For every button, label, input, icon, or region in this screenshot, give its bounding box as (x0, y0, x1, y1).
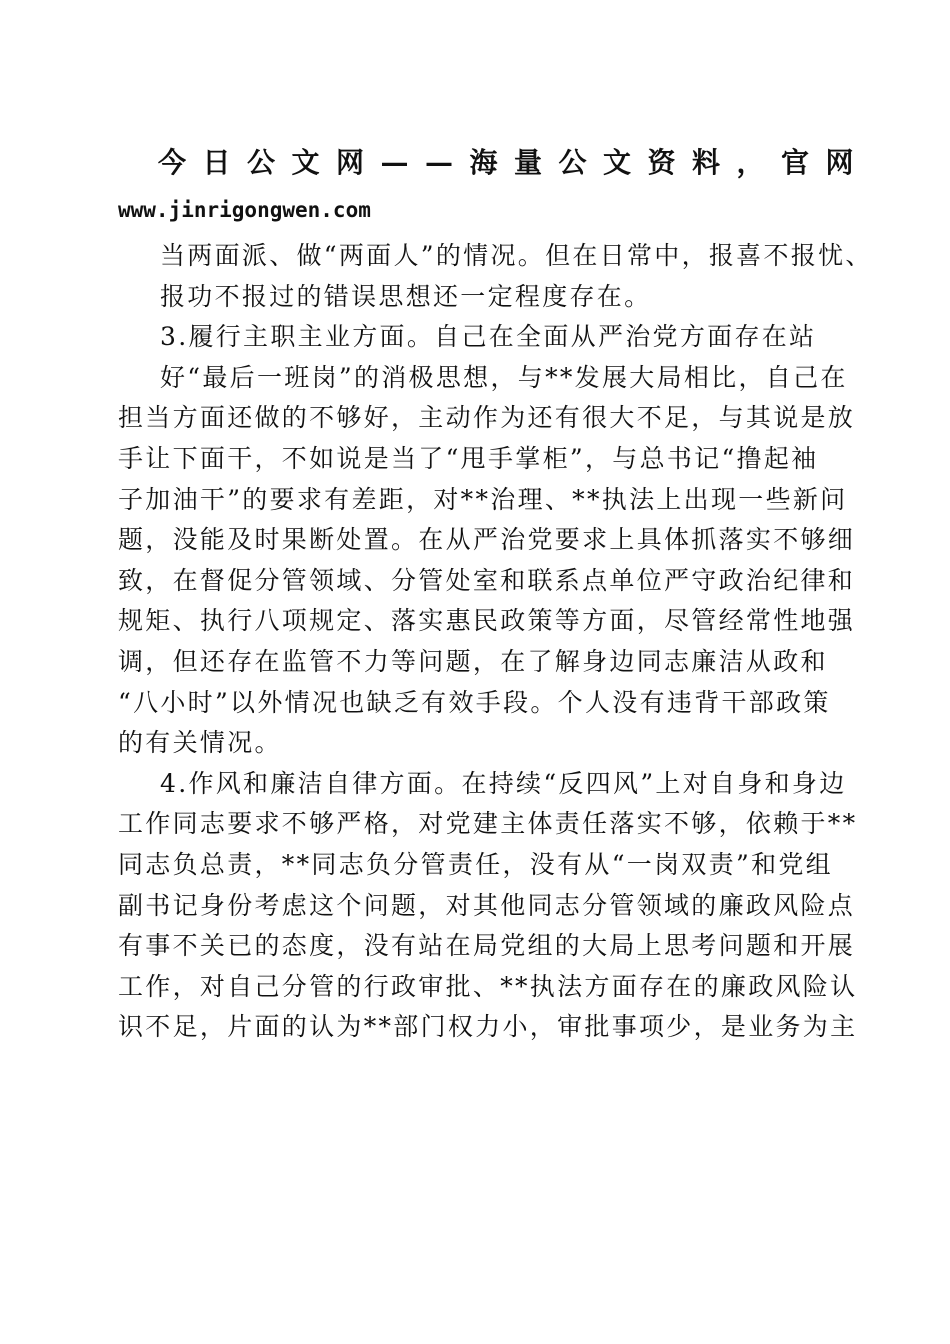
paragraph-line: 子加油干”的要求有差距，对**治理、**执法上出现一些新问 (118, 480, 838, 521)
paragraph-line: 调，但还存在监管不力等问题，在了解身边同志廉洁从政和 (118, 642, 838, 683)
site-url: www.jinrigongwen.com (118, 196, 371, 224)
paragraph-line: 当两面派、做“两面人”的情况。但在日常中，报喜不报忧、 (118, 236, 838, 277)
body-text: 当两面派、做“两面人”的情况。但在日常中，报喜不报忧、 报功不报过的错误思想还一… (118, 236, 838, 1048)
paragraph-line: 好“最后一班岗”的消极思想，与**发展大局相比，自己在 (118, 358, 838, 399)
paragraph-line: 规矩、执行八项规定、落实惠民政策等方面，尽管经常性地强 (118, 601, 838, 642)
paragraph-line: 担当方面还做的不够好，主动作为还有很大不足，与其说是放 (118, 398, 838, 439)
paragraph-line: 同志负总责，**同志负分管责任，没有从“一岗双责”和党组 (118, 845, 838, 886)
section-heading-line: 4.作风和廉洁自律方面。在持续“反四风”上对自身和身边 (118, 764, 838, 805)
paragraph-line: 有事不关已的态度，没有站在局党组的大局上思考问题和开展 (118, 926, 838, 967)
site-banner-title: 今日公文网——海量公文资料，官网 (158, 146, 838, 180)
paragraph-line: 致，在督促分管领域、分管处室和联系点单位严守政治纪律和 (118, 561, 838, 602)
paragraph-line: 工作同志要求不够严格，对党建主体责任落实不够，依赖于** (118, 804, 838, 845)
paragraph-line: 报功不报过的错误思想还一定程度存在。 (118, 277, 838, 318)
paragraph-line: “八小时”以外情况也缺乏有效手段。个人没有违背干部政策 (118, 683, 838, 724)
paragraph-line: 工作，对自己分管的行政审批、**执法方面存在的廉政风险认 (118, 967, 838, 1008)
paragraph-line: 副书记身份考虑这个问题，对其他同志分管领域的廉政风险点 (118, 886, 838, 927)
paragraph-line: 手让下面干，不如说是当了“甩手掌柜”，与总书记“撸起袖 (118, 439, 838, 480)
document-page: 今日公文网——海量公文资料，官网 www.jinrigongwen.com 当两… (0, 0, 950, 1344)
paragraph-line: 的有关情况。 (118, 723, 838, 764)
section-heading-line: 3.履行主职主业方面。自己在全面从严治党方面存在站 (118, 317, 838, 358)
paragraph-line: 识不足，片面的认为**部门权力小，审批事项少，是业务为主 (118, 1007, 838, 1048)
paragraph-line: 题，没能及时果断处置。在从严治党要求上具体抓落实不够细 (118, 520, 838, 561)
